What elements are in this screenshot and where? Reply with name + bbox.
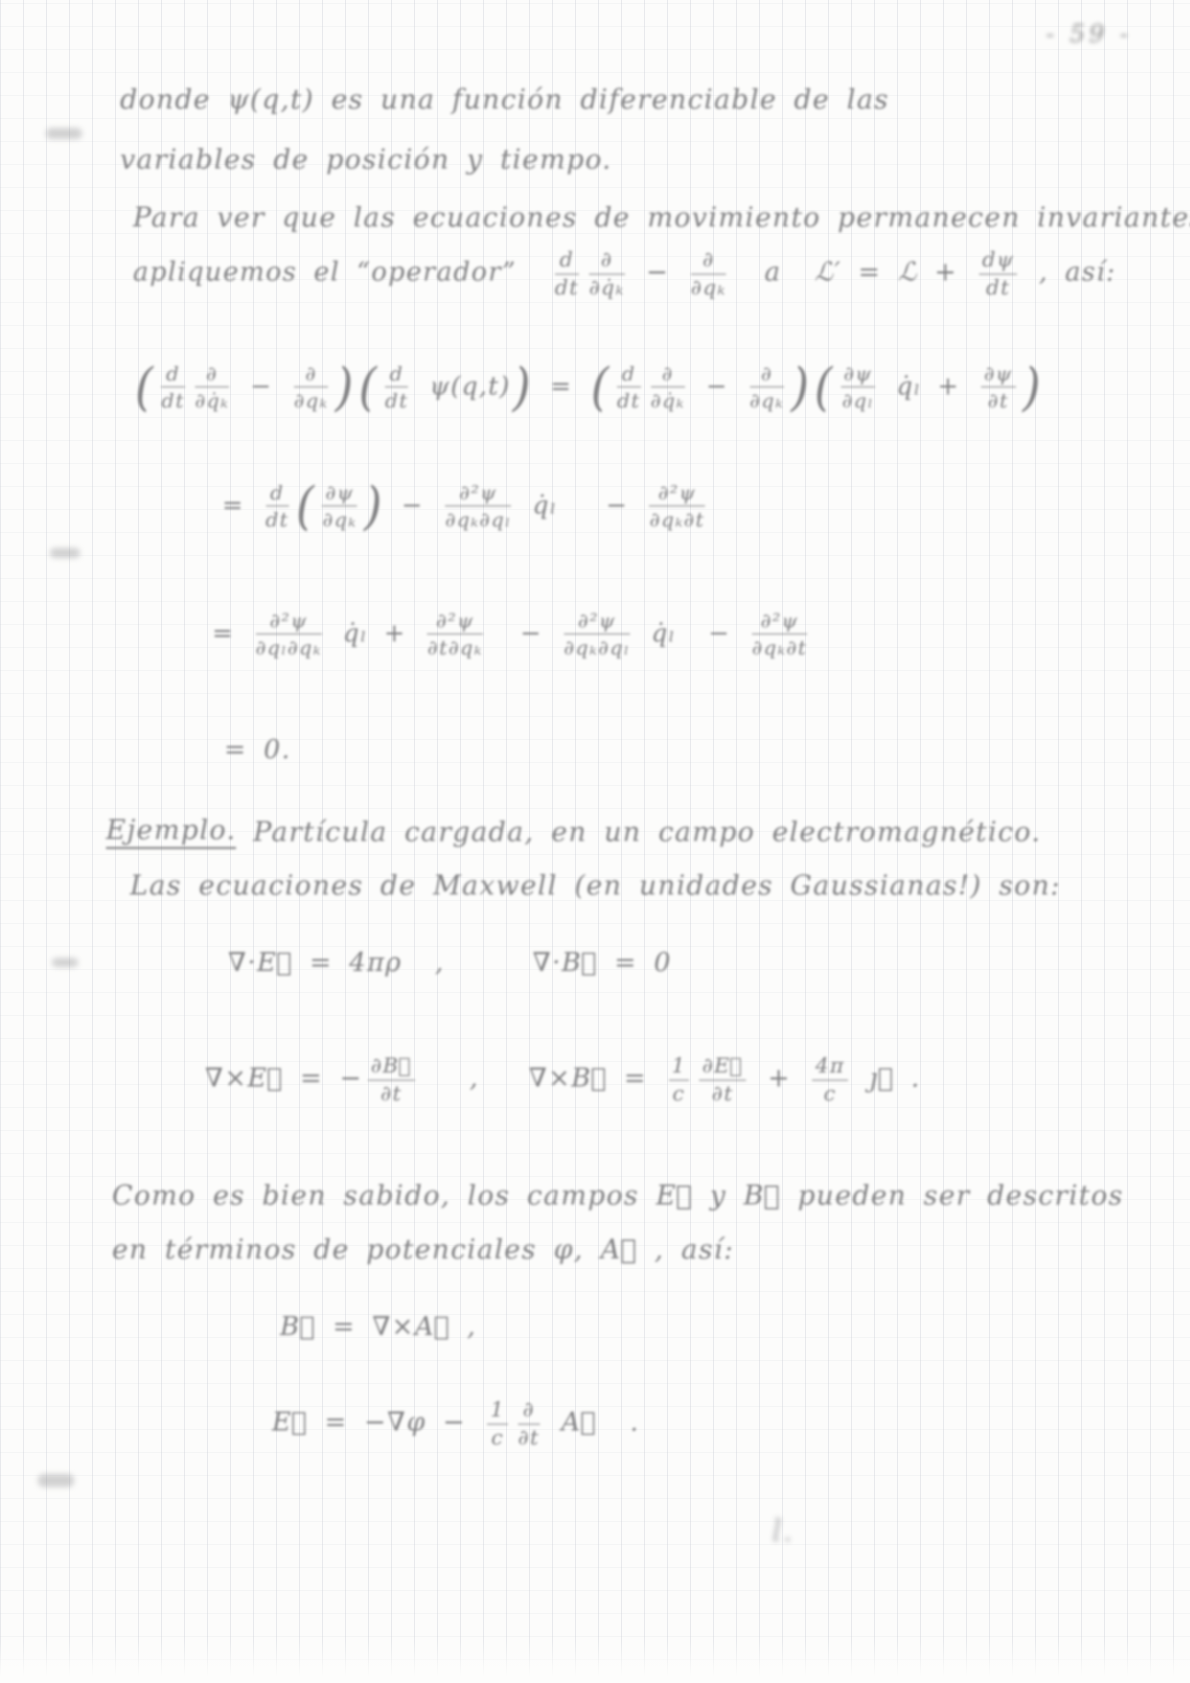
text-segment: = 0. (224, 736, 291, 766)
notebook-scan-page: - 59 - donde ψ(q,t) es una función difer… (0, 0, 1190, 1683)
text-segment: − (385, 492, 440, 521)
big-parenthesis: ( (591, 357, 610, 417)
text-segment: q̇ₗ − (516, 492, 644, 521)
fraction: ∂∂qₖ (750, 364, 784, 411)
text-segment: ȷ⃗ . (853, 1065, 921, 1095)
fraction: ddt (617, 364, 640, 411)
big-parenthesis: ( (359, 357, 378, 417)
text-segment: Las ecuaciones de Maxwell (en unidades G… (130, 870, 1061, 901)
margin-smudge (38, 1474, 74, 1487)
big-parenthesis: ) (1023, 357, 1042, 417)
margin-smudge (46, 128, 82, 139)
text-segment: apliquemos el “operador” (133, 259, 550, 289)
text-segment: Ejemplo. (106, 815, 236, 849)
fraction: ∂²ψ∂qₗ∂qₖ (256, 611, 322, 658)
text-segment: l. (772, 1515, 794, 1550)
text-segment: ∇×E⃗ = − (205, 1065, 363, 1095)
text-apply-operator: apliquemos el “operador” ddt∂∂q̇ₖ − ∂∂qₖ… (133, 250, 1116, 299)
fraction: ∂ψ∂qₗ (841, 364, 876, 411)
equation-e-potential: E⃗ = −∇φ − 1c∂∂t A⃗ . (272, 1400, 640, 1449)
fraction: ∂²ψ∂qₖ∂t (752, 611, 807, 658)
fraction: ddt (161, 364, 184, 411)
text-potentials-intro: Como es bien sabido, los campos E⃗ y B⃗ … (112, 1180, 1124, 1211)
text-segment: , así: (1022, 259, 1116, 289)
big-parenthesis: ( (135, 357, 154, 417)
fraction: ∂²ψ∂qₖ∂t (649, 483, 704, 530)
text-segment: en términos de potenciales φ, A⃗ , así: (112, 1234, 734, 1265)
fraction: ddt (266, 483, 289, 530)
equation-b-potential: B⃗ = ∇×A⃗ , (280, 1313, 477, 1343)
big-parenthesis: ) (364, 476, 383, 536)
text-segment: a ℒ′ = ℒ + (731, 259, 974, 289)
text-segment: ψ(q,t) (413, 373, 510, 402)
fraction: dψdt (979, 250, 1017, 299)
fraction: ∂∂q̇ₖ (651, 364, 685, 411)
equation-maxwell-curl: ∇×E⃗ = −∂B⃗∂t , ∇×B⃗ = 1c∂E⃗∂t + 4πc ȷ⃗ … (205, 1056, 921, 1105)
big-parenthesis: ) (791, 357, 810, 417)
fraction: ddt (385, 364, 408, 411)
text-segment: − (488, 620, 559, 649)
text-maxwell-intro: Las ecuaciones de Maxwell (en unidades G… (130, 870, 1061, 901)
big-parenthesis: ( (814, 357, 833, 417)
text-segment: − (690, 373, 745, 402)
margin-smudge (50, 548, 80, 558)
fraction: ∂ψ∂t (981, 364, 1016, 411)
page-bottom-fade (0, 1641, 1190, 1683)
fraction: ∂∂qₖ (294, 364, 328, 411)
handwriting-layer: donde ψ(q,t) es una función diferenciabl… (0, 0, 1190, 1683)
text-segment: q̇ₗ + (880, 373, 976, 402)
equation-operator-applied: (ddt∂∂q̇ₖ − ∂∂qₖ)(ddt ψ(q,t)) = (ddt∂∂q̇… (133, 360, 1044, 413)
text-segment: q̇ₗ + (327, 620, 423, 649)
equation-step-2: = ddt(∂ψ∂qₖ) − ∂²ψ∂qₖ∂qₗ q̇ₗ − ∂²ψ∂qₖ∂t (222, 479, 710, 532)
text-segment: E⃗ = −∇φ − (272, 1409, 482, 1439)
text-segment: = (534, 373, 589, 402)
stray-mark: l. (772, 1515, 794, 1550)
text-psi-definition: donde ψ(q,t) es una función diferenciabl… (120, 84, 889, 115)
text-segment: variables de posición y tiempo. (120, 144, 612, 175)
fraction: ∂∂q̇ₖ (195, 364, 229, 411)
fraction: ∂∂qₖ (691, 250, 727, 299)
fraction: ddt (555, 250, 579, 299)
fraction: 1c (487, 1400, 508, 1449)
text-segment: Para ver que las ecuaciones de movimient… (133, 202, 1190, 233)
text-segment: q̇ₗ − (635, 620, 747, 649)
big-parenthesis: ) (335, 357, 354, 417)
text-segment: A⃗ . (545, 1409, 640, 1439)
text-segment: Partícula cargada, en un campo electroma… (236, 816, 1041, 847)
text-ejemplo-heading: Ejemplo. Partícula cargada, en un campo … (106, 815, 1041, 849)
fraction: ∂ψ∂qₖ (322, 483, 357, 530)
fraction: ∂E⃗∂t (699, 1056, 746, 1105)
fraction: ∂²ψ∂qₖ∂qₗ (564, 611, 630, 658)
text-invariance-intro: Para ver que las ecuaciones de movimient… (133, 202, 1190, 233)
text-segment: B⃗ = ∇×A⃗ , (280, 1313, 477, 1343)
text-segment: , ∇×B⃗ = (420, 1065, 664, 1095)
text-segment: ∇·E⃗ = 4πρ , (228, 949, 445, 979)
text-segment: = (212, 620, 251, 649)
big-parenthesis: ( (296, 476, 315, 536)
text-segment: = (222, 492, 261, 521)
text-segment: + (751, 1065, 807, 1095)
fraction: 4πc (812, 1056, 848, 1105)
text-segment: ∇·B⃗ = 0 (533, 949, 672, 979)
fraction: ∂²ψ∂qₖ∂qₗ (445, 483, 511, 530)
text-potentials-intro-cont: en términos de potenciales φ, A⃗ , así: (112, 1234, 734, 1265)
fraction: ∂∂t (518, 1400, 540, 1449)
margin-smudge (52, 958, 78, 967)
equation-maxwell-div: ∇·E⃗ = 4πρ ,∇·B⃗ = 0 (228, 949, 672, 979)
text-segment: − (630, 259, 686, 289)
text-psi-definition-cont: variables de posición y tiempo. (120, 144, 612, 175)
big-parenthesis: ) (513, 357, 532, 417)
text-segment: Como es bien sabido, los campos E⃗ y B⃗ … (112, 1180, 1124, 1211)
equation-result-zero: = 0. (224, 736, 291, 766)
fraction: ∂B⃗∂t (368, 1056, 415, 1105)
fraction: 1c (669, 1056, 690, 1105)
text-segment: donde ψ(q,t) es una función diferenciabl… (120, 84, 889, 115)
text-segment: − (234, 373, 289, 402)
fraction: ∂∂q̇ₖ (589, 250, 625, 299)
equation-step-3: = ∂²ψ∂qₗ∂qₖ q̇ₗ + ∂²ψ∂t∂qₖ − ∂²ψ∂qₖ∂qₗ q… (212, 611, 812, 658)
fraction: ∂²ψ∂t∂qₖ (427, 611, 482, 658)
